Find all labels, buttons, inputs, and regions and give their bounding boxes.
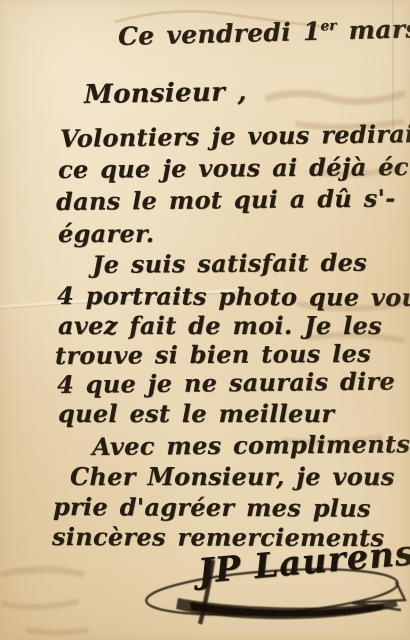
letter-line: prie d'agréer mes plus <box>53 492 371 523</box>
letter-line: dans le mot qui a dû s'- <box>56 183 396 216</box>
letter-line: avez fait de moi. Je les <box>58 311 382 340</box>
letter-line: quel est le meilleur <box>58 399 334 428</box>
date-rest: mars 1907 <box>336 12 410 45</box>
date-line: Ce vendredi 1er mars 1907 <box>118 12 410 51</box>
date-ordinal: er <box>320 18 336 34</box>
date-prefix: Ce vendredi 1 <box>118 17 321 51</box>
letter-line: égarer. <box>58 219 154 248</box>
letter-paper: Ce vendredi 1er mars 1907 Monsieur , Vol… <box>0 0 410 640</box>
letter-line: 4 que je ne saurais dire <box>57 366 395 399</box>
letter-line: ce que je vous ai déjà écrit <box>58 152 410 184</box>
letter-line: Cher Monsieur, je vous <box>70 462 395 491</box>
ink-blot <box>190 602 384 617</box>
letter-line: Je suis satisfait des <box>92 248 367 279</box>
letter-line: 4 portraits photo que vous <box>57 281 410 312</box>
letter-line: Avec mes compliments <box>92 429 410 461</box>
letter-line: Volontiers je vous redirai <box>60 119 410 153</box>
ink-blot <box>176 598 398 619</box>
letter-line: trouve si bien tous les <box>55 339 371 370</box>
salutation: Monsieur , <box>84 77 247 110</box>
